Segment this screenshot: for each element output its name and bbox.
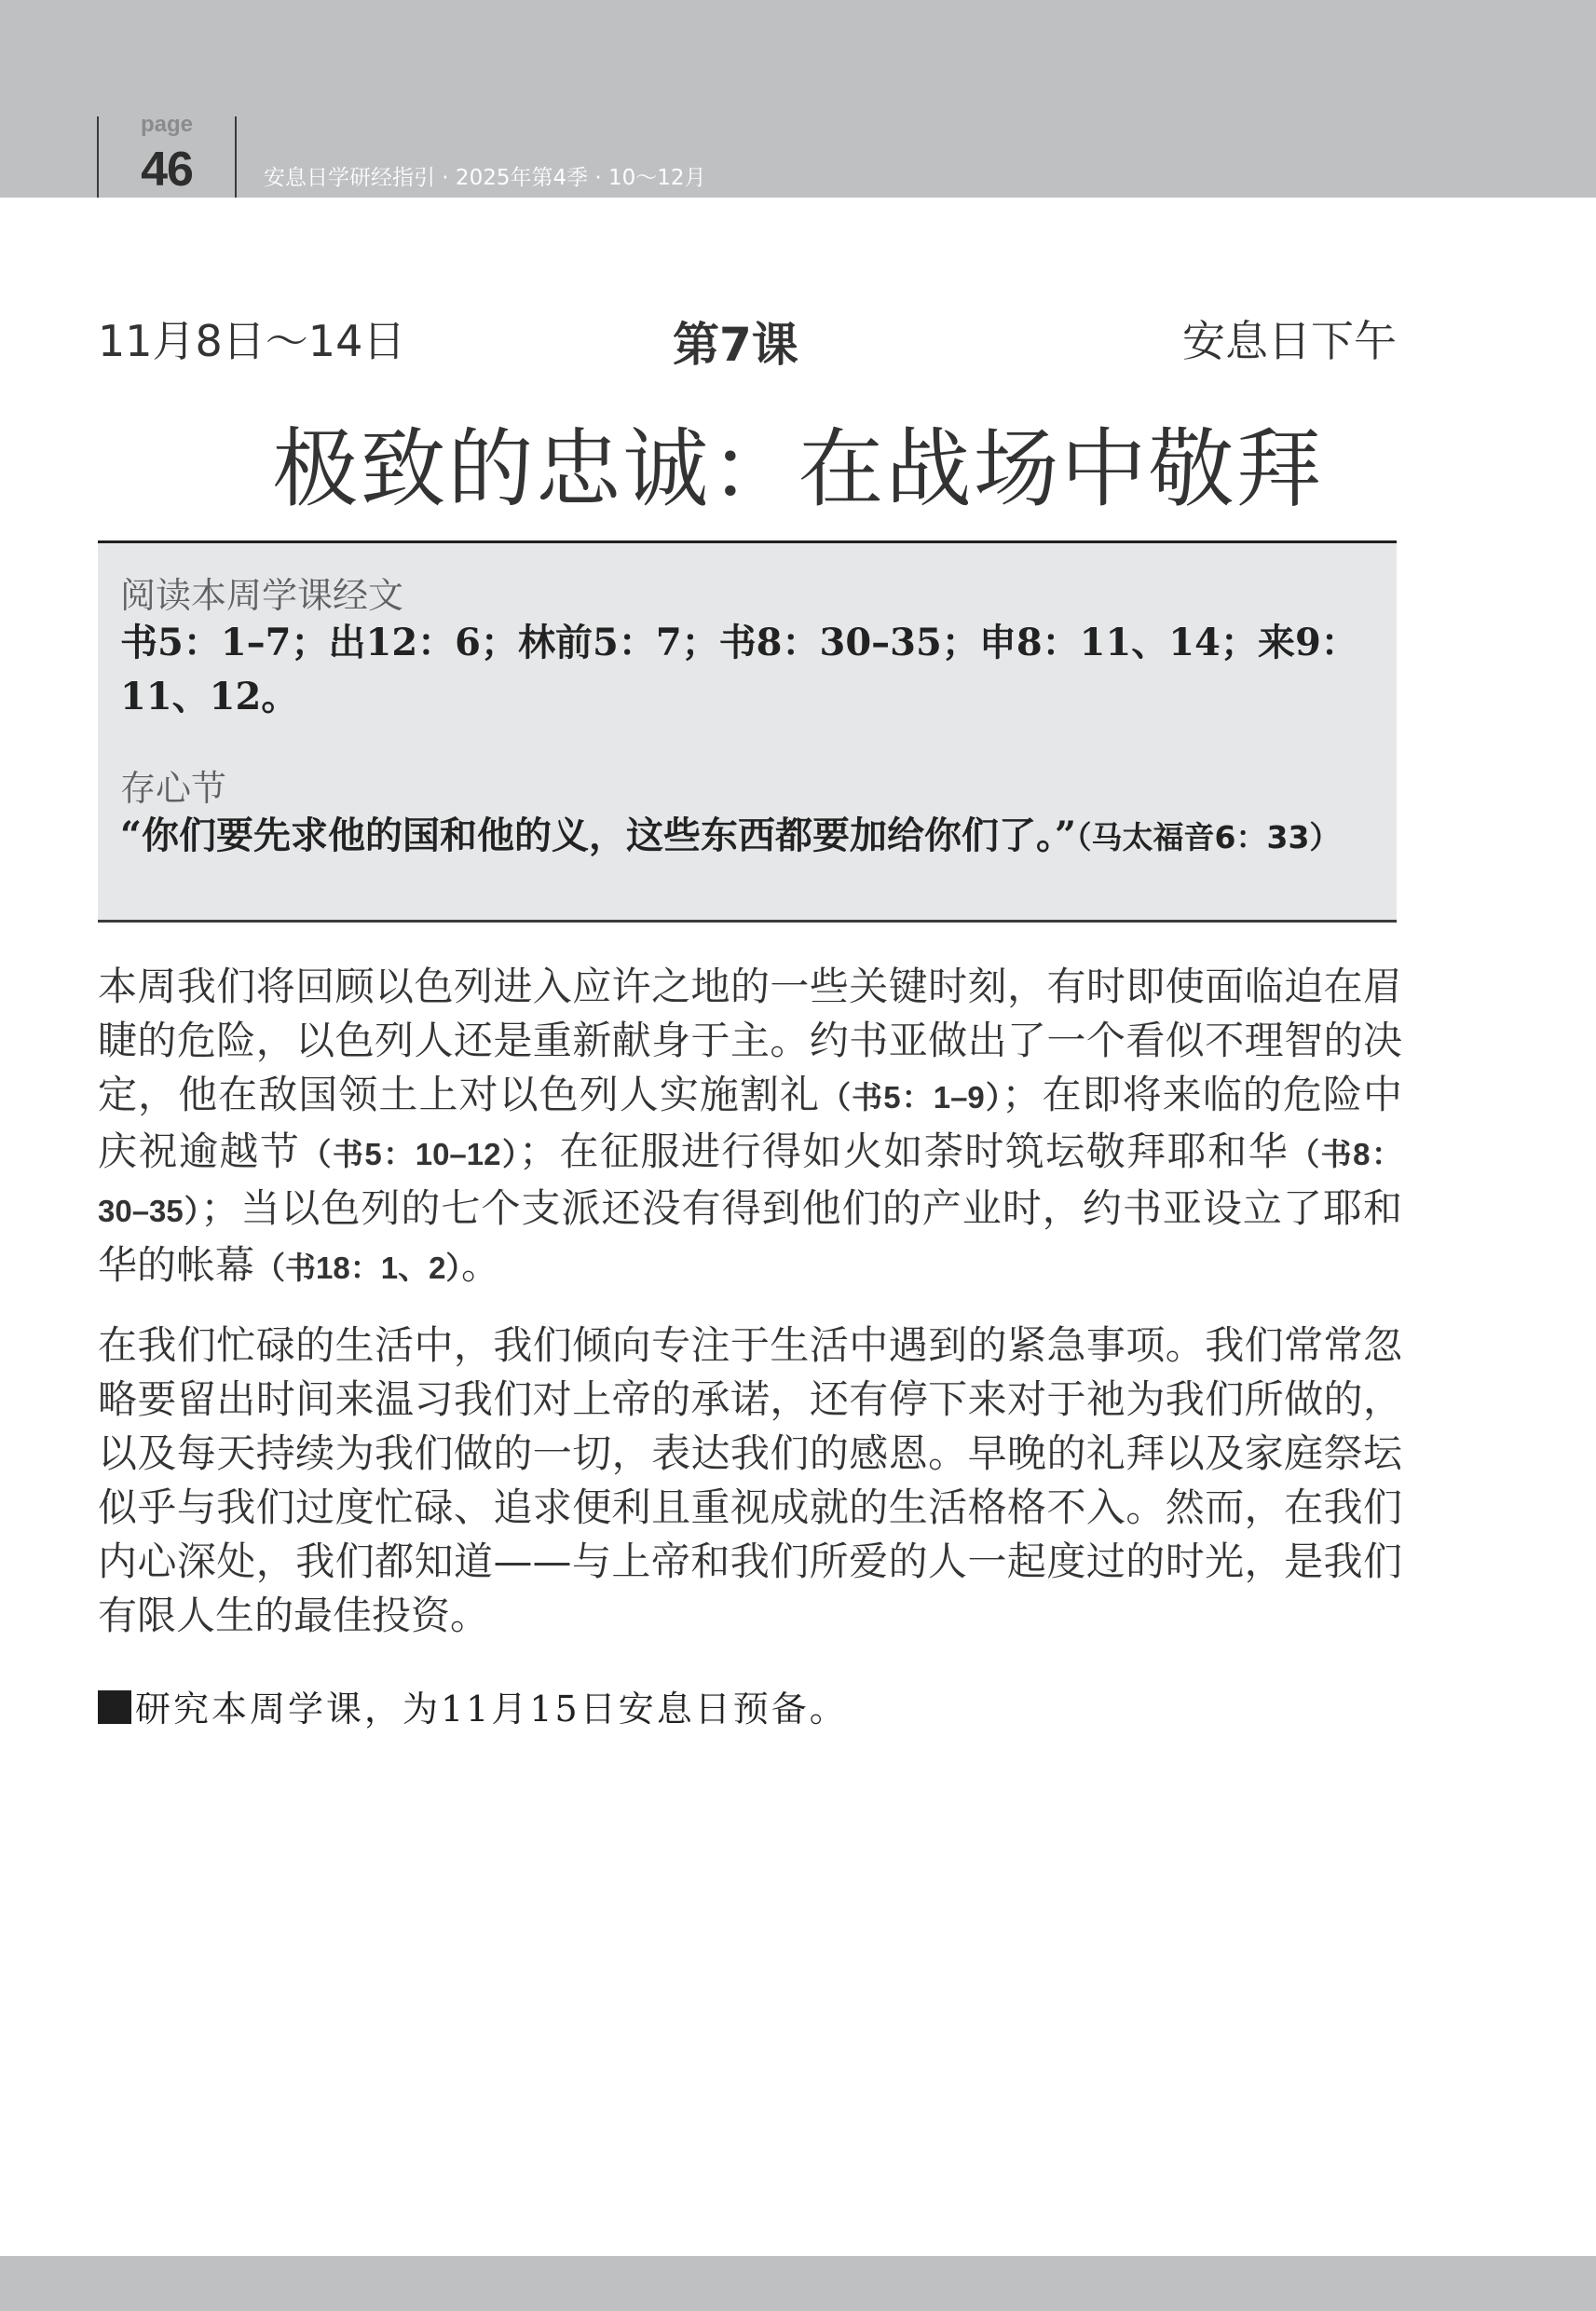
running-title: 安息日学研经指引 · 2025年第4季 · 10～12月 (264, 160, 706, 191)
study-note-text: 研究本周学课，为11月15日安息日预备。 (135, 1689, 848, 1730)
lesson-meta-row: 11月8日～14日 第7课 安息日下午 (98, 308, 1397, 363)
memory-verse-text: “你们要先求他的国和他的义，这些东西都要加给你们了。” (120, 814, 1076, 857)
header-divider-right (235, 116, 237, 198)
page-number: 46 (99, 142, 235, 198)
lesson-title: 极致的忠诚：在战场中敬拜 (0, 401, 1596, 524)
date-range: 11月8日～14日 (98, 308, 405, 369)
intro-paragraph-2: 在我们忙碌的生活中，我们倾向专注于生活中遇到的紧急事项。我们常常忽略要留出时间来… (98, 1319, 1402, 1643)
lesson-number: 第7课 (673, 308, 798, 375)
study-note: 研究本周学课，为11月15日安息日预备。 (98, 1680, 848, 1731)
para-text: ；在征服进行得如火如荼时筑坛敬拜耶和华 (519, 1128, 1289, 1174)
memory-text-label: 存心节 (120, 759, 226, 811)
memory-verse-citation: （马太福音6：33） (1076, 819, 1340, 855)
readings-label: 阅读本周学课经文 (120, 567, 403, 618)
scripture-readings: 书5：1–7；出12：6；林前5：7；书8：30–35；申8：11、14；来9：… (120, 616, 1378, 724)
lesson-day: 安息日下午 (1182, 308, 1397, 369)
scripture-ref: （书18：1、2） (254, 1251, 461, 1285)
memory-verse: “你们要先求他的国和他的义，这些东西都要加给你们了。”（马太福音6：33） (120, 809, 1378, 865)
square-bullet-icon (98, 1690, 131, 1724)
scripture-ref: （书5：10–12） (300, 1137, 519, 1171)
para-text: 。 (461, 1242, 500, 1288)
page-header-bar: page 46 安息日学研经指引 · 2025年第4季 · 10～12月 (0, 0, 1596, 198)
page-footer-bar (0, 2256, 1596, 2311)
scripture-ref: （书5：1–9） (820, 1080, 1002, 1114)
page-label: page (99, 112, 235, 138)
reading-box: 阅读本周学课经文 书5：1–7；出12：6；林前5：7；书8：30–35；申8：… (98, 540, 1397, 923)
intro-paragraph-1: 本周我们将回顾以色列进入应许之地的一些关键时刻，有时即使面临迫在眉睫的危险，以色… (98, 960, 1402, 1295)
